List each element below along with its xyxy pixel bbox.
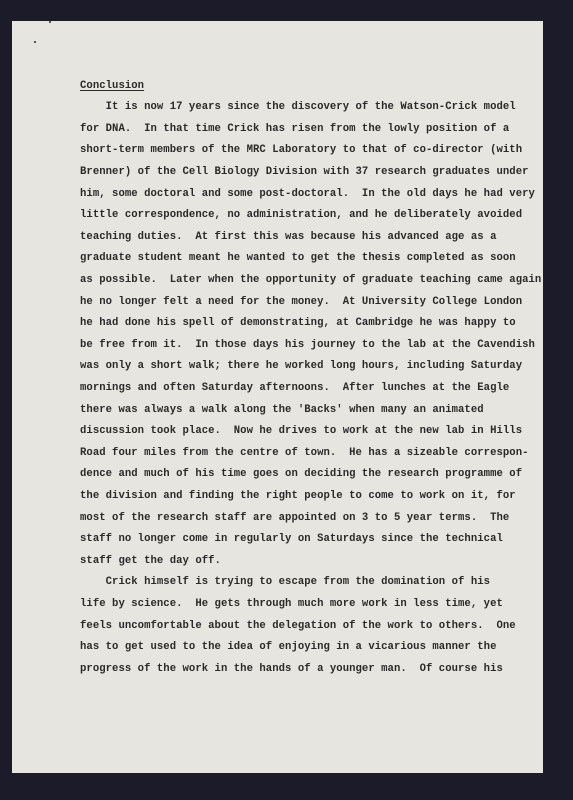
text-line: Brenner) of the Cell Biology Division wi… [80, 166, 529, 178]
text-line: for DNA. In that time Crick has risen fr… [80, 123, 509, 135]
text-line: graduate student meant he wanted to get … [80, 252, 516, 264]
text-line: dence and much of his time goes on decid… [80, 468, 522, 480]
paper-speck [34, 41, 36, 43]
text-line: discussion took place. Now he drives to … [80, 425, 522, 437]
text-line: short-term members of the MRC Laboratory… [80, 144, 522, 156]
typed-text-block: Conclusion It is now 17 years since the … [80, 21, 106, 381]
section-heading: Conclusion [80, 80, 144, 92]
text-line: as possible. Later when the opportunity … [80, 274, 541, 286]
text-line: he had done his spell of demonstrating, … [80, 317, 516, 329]
text-line: staff no longer come in regularly on Sat… [80, 533, 503, 545]
text-line: there was always a walk along the 'Backs… [80, 404, 484, 416]
text-line: the division and finding the right peopl… [80, 490, 516, 502]
text-line: life by science. He gets through much mo… [80, 598, 503, 610]
text-line: Crick himself is trying to escape from t… [80, 576, 490, 588]
text-line: teaching duties. At first this was becau… [80, 231, 496, 243]
text-line: progress of the work in the hands of a y… [80, 663, 503, 675]
text-line: mornings and often Saturday afternoons. … [80, 382, 509, 394]
paper-speck [49, 21, 51, 23]
text-line: feels uncomfortable about the delegation… [80, 620, 516, 632]
text-line: he no longer felt a need for the money. … [80, 296, 522, 308]
text-line: It is now 17 years since the discovery o… [80, 101, 516, 113]
text-line: has to get used to the idea of enjoying … [80, 641, 496, 653]
text-line: be free from it. In those days his journ… [80, 339, 535, 351]
text-line: most of the research staff are appointed… [80, 512, 509, 524]
text-line: staff get the day off. [80, 555, 221, 567]
text-line: little correspondence, no administration… [80, 209, 522, 221]
text-line: him, some doctoral and some post-doctora… [80, 188, 535, 200]
document-page: Conclusion It is now 17 years since the … [12, 21, 543, 773]
text-line: was only a short walk; there he worked l… [80, 360, 522, 372]
text-line: Road four miles from the centre of town.… [80, 447, 529, 459]
